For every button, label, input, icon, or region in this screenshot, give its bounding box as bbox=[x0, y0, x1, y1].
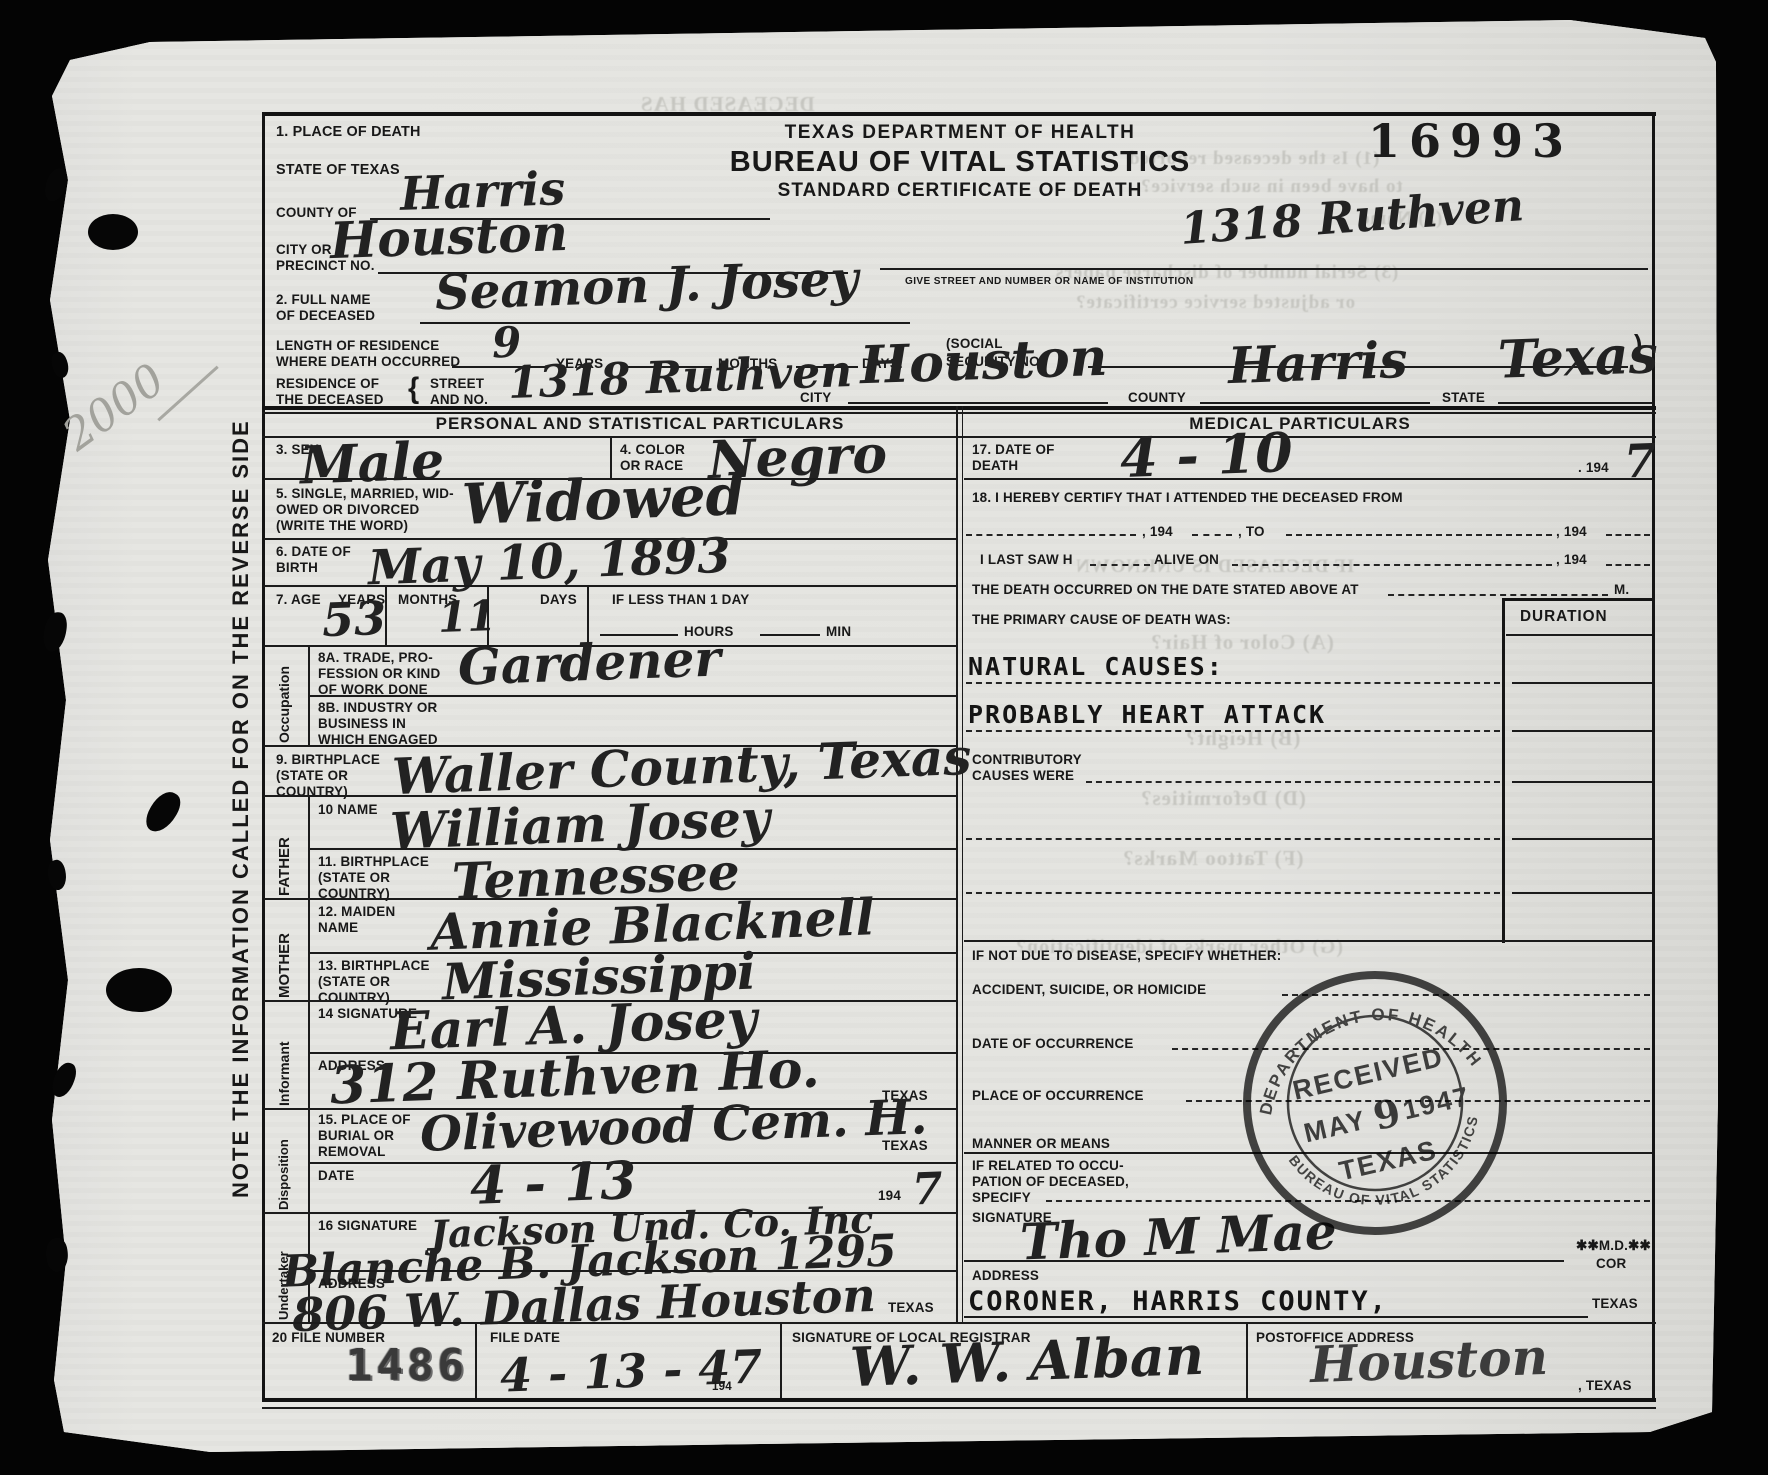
bleedthrough-text: (D) Deformities? bbox=[1140, 786, 1306, 811]
bottom-divider1 bbox=[475, 1322, 477, 1398]
city2-handwriting: Houston bbox=[859, 332, 1108, 393]
bleedthrough-text: (F) Tattoo Marks? bbox=[1122, 846, 1304, 871]
dod-label1: 17. DATE OF bbox=[972, 442, 1055, 458]
birthplace-label2: (STATE OR bbox=[276, 768, 348, 784]
age-label: 7. AGE bbox=[276, 592, 321, 608]
city-or-label: CITY OR bbox=[276, 242, 332, 258]
related-label3: SPECIFY bbox=[972, 1190, 1031, 1206]
cause2-typed: PROBABLY HEART ATTACK bbox=[968, 700, 1326, 729]
full-name-label1: 2. FULL NAME bbox=[276, 292, 371, 308]
informant-strip: Informant bbox=[264, 1000, 310, 1108]
bottom-divider2 bbox=[780, 1322, 782, 1398]
coroner-addr-typed: CORONER, HARRIS COUNTY, bbox=[968, 1286, 1388, 1317]
punch-hole bbox=[106, 968, 172, 1012]
fill-line bbox=[1232, 564, 1552, 566]
stamp-year-text: 1947 bbox=[1400, 1081, 1473, 1126]
form-border-bottom bbox=[262, 1398, 1656, 1402]
county2-line bbox=[1200, 402, 1430, 404]
age-less-label: IF LESS THAN 1 DAY bbox=[612, 592, 749, 608]
maiden-label2: NAME bbox=[318, 920, 358, 936]
city2-label: CITY bbox=[800, 390, 831, 406]
street-line bbox=[880, 268, 1648, 270]
bottom-texas-label: , TEXAS bbox=[1578, 1378, 1632, 1394]
marital-label2: OWED OR DIVORCED bbox=[276, 502, 419, 518]
header-line1: TEXAS DEPARTMENT OF HEALTH bbox=[700, 122, 1220, 143]
race-label1: 4. COLOR bbox=[620, 442, 685, 458]
fill-line bbox=[964, 1316, 1588, 1318]
state-of-texas-label: STATE OF TEXAS bbox=[276, 162, 400, 179]
death-certificate-scan: NOTE THE INFORMATION CALLED FOR ON THE R… bbox=[0, 0, 1768, 1475]
lastsaw-194: , 194 bbox=[1556, 552, 1587, 568]
duration-line bbox=[1512, 730, 1652, 732]
fill-line bbox=[966, 838, 1500, 840]
manner-label: MANNER OR MEANS bbox=[972, 1136, 1110, 1152]
file-date-194: 194 bbox=[712, 1380, 732, 1393]
punch-hole bbox=[88, 214, 138, 250]
father-name-label: 10 NAME bbox=[318, 802, 378, 818]
burial-label2: BURIAL OR bbox=[318, 1128, 394, 1144]
duration-line bbox=[1512, 682, 1652, 684]
fill-line bbox=[1606, 534, 1650, 536]
burial-label1: 15. PLACE OF bbox=[318, 1112, 411, 1128]
column-divider bbox=[956, 406, 958, 1322]
mother-side-label: MOTHER bbox=[276, 900, 293, 998]
bleedthrough-text: or adjusted service certificate? bbox=[1075, 292, 1355, 314]
lastsaw-pre: I LAST SAW H bbox=[980, 552, 1073, 568]
po-address-handwriting: Houston bbox=[1309, 1332, 1548, 1390]
state2-handwriting: Texas bbox=[1497, 329, 1659, 387]
brace: { bbox=[408, 372, 419, 406]
fill-line bbox=[1388, 594, 1608, 596]
fill-line bbox=[1286, 534, 1552, 536]
mother-strip: MOTHER bbox=[264, 898, 310, 1000]
file-date-label: FILE DATE bbox=[490, 1330, 560, 1346]
disposition-strip: Disposition bbox=[264, 1108, 310, 1212]
bottom-divider3 bbox=[1246, 1322, 1248, 1398]
age-years-handwriting: 53 bbox=[321, 595, 387, 643]
ifnot-label: IF NOT DUE TO DISEASE, SPECIFY WHETHER: bbox=[972, 948, 1281, 964]
cause1-typed: NATURAL CAUSES: bbox=[968, 652, 1224, 681]
marital-label3: (WRITE THE WORD) bbox=[276, 518, 408, 534]
header-underline bbox=[262, 436, 1656, 438]
burial-label3: REMOVAL bbox=[318, 1144, 386, 1160]
dateocc-label: DATE OF OCCURRENCE bbox=[972, 1036, 1134, 1052]
dod-label2: DEATH bbox=[972, 458, 1018, 474]
min-line bbox=[760, 634, 820, 636]
related-label2: PATION OF DECEASED, bbox=[972, 1174, 1129, 1190]
reverse-side-note: NOTE THE INFORMATION CALLED FOR ON THE R… bbox=[228, 368, 254, 1198]
certificate-number: 16993 bbox=[1368, 114, 1573, 168]
street-no-label1: STREET bbox=[430, 376, 484, 392]
duration-underline bbox=[1506, 634, 1652, 636]
burial-year-handwriting: 7 bbox=[911, 1167, 943, 1212]
accident-label: ACCIDENT, SUICIDE, OR HOMICIDE bbox=[972, 982, 1206, 998]
column-divider2 bbox=[962, 406, 963, 1322]
dob-label1: 6. DATE OF bbox=[276, 544, 351, 560]
sex-handwriting: Male bbox=[299, 436, 445, 493]
occurred-m: M. bbox=[1614, 582, 1629, 598]
duration-line bbox=[1512, 892, 1652, 894]
occupation-strip: Occupation bbox=[264, 645, 310, 745]
lastsaw-mid: ALIVE ON bbox=[1154, 552, 1219, 568]
dod-handwriting: 4 - 10 bbox=[1119, 425, 1294, 485]
age-min-label: MIN bbox=[826, 624, 851, 640]
informant-side-label: Informant bbox=[276, 1002, 292, 1106]
fill-line bbox=[966, 534, 1136, 536]
industry-label2: BUSINESS IN bbox=[318, 716, 406, 732]
fill-line bbox=[1192, 534, 1232, 536]
certify-to: , TO bbox=[1238, 524, 1265, 540]
burial-date-label: DATE bbox=[318, 1168, 354, 1184]
bottom-row-top-line bbox=[262, 1322, 1656, 1324]
county2-handwriting: Harris bbox=[1227, 335, 1408, 391]
fill-line bbox=[1090, 564, 1150, 566]
father-bp-label1: 11. BIRTHPLACE bbox=[318, 854, 429, 870]
industry-label1: 8B. INDUSTRY OR bbox=[318, 700, 437, 716]
trade-label2: FESSION OR KIND bbox=[318, 666, 440, 682]
fill-line bbox=[966, 892, 1500, 894]
marital-handwriting: Widowed bbox=[461, 467, 745, 533]
contributory-label2: CAUSES WERE bbox=[972, 768, 1074, 784]
residence-length-label1: LENGTH OF RESIDENCE bbox=[276, 338, 439, 354]
header-line2: BUREAU OF VITAL STATISTICS bbox=[660, 146, 1260, 178]
certify-line: 18. I HEREBY CERTIFY THAT I ATTENDED THE… bbox=[972, 490, 1403, 506]
section-line bbox=[964, 940, 1652, 942]
duration-label: DURATION bbox=[1520, 608, 1608, 626]
maiden-label1: 12. MAIDEN bbox=[318, 904, 395, 920]
file-number-stamped: 1486 bbox=[346, 1340, 468, 1391]
trade-handwriting: Gardener bbox=[457, 633, 721, 692]
coroner-texas-label: TEXAS bbox=[1592, 1296, 1638, 1312]
header-line3: STANDARD CERTIFICATE OF DEATH bbox=[700, 180, 1220, 201]
occupation-side-label: Occupation bbox=[276, 647, 292, 743]
row-line bbox=[264, 585, 956, 587]
city2-line bbox=[848, 402, 1108, 404]
fill-line bbox=[1086, 781, 1500, 783]
father-side-label: FATHER bbox=[276, 797, 293, 896]
dob-label2: BIRTH bbox=[276, 560, 318, 576]
primary-cause-label: THE PRIMARY CAUSE OF DEATH WAS: bbox=[972, 612, 1231, 628]
certify-194b: , 194 bbox=[1556, 524, 1587, 540]
cor-designation: COR bbox=[1596, 1256, 1626, 1272]
city-handwriting: Houston bbox=[329, 208, 568, 266]
signature-line bbox=[964, 1260, 1564, 1262]
full-name-label2: OF DECEASED bbox=[276, 308, 375, 324]
mother-bp-label1: 13. BIRTHPLACE bbox=[318, 958, 430, 974]
undertaker-texas-label: TEXAS bbox=[888, 1300, 934, 1316]
age-days-label: DAYS bbox=[540, 592, 577, 608]
fill-line bbox=[1606, 564, 1650, 566]
burial-194-label: 194 bbox=[878, 1188, 901, 1204]
stamp-may-text: MAY bbox=[1301, 1105, 1370, 1149]
marital-label1: 5. SINGLE, MARRIED, WID- bbox=[276, 486, 454, 502]
dod-194-label: . 194 bbox=[1578, 460, 1609, 476]
burial-texas-label: TEXAS bbox=[882, 1138, 928, 1154]
full-name-handwriting: Seamon J. Josey bbox=[434, 255, 859, 318]
md-designation: ✱✱M.D.✱✱ bbox=[1576, 1238, 1651, 1254]
county2-label: COUNTY bbox=[1128, 390, 1186, 406]
undertaker-sig-label: 16 SIGNATURE bbox=[318, 1218, 417, 1234]
residence-length-label2: WHERE DEATH OCCURRED bbox=[276, 354, 460, 370]
residence2-label1: RESIDENCE OF bbox=[276, 376, 379, 392]
contributory-label1: CONTRIBUTORY bbox=[972, 752, 1082, 768]
street-caption: GIVE STREET AND NUMBER OR NAME OF INSTIT… bbox=[905, 276, 1194, 288]
trade-label1: 8A. TRADE, PRO- bbox=[318, 650, 433, 666]
dob-handwriting: May 10, 1893 bbox=[367, 532, 731, 593]
form-border-bottom2 bbox=[262, 1407, 1656, 1409]
state2-label: STATE bbox=[1442, 390, 1485, 406]
state2-line bbox=[1498, 402, 1652, 404]
section-separator bbox=[262, 406, 1656, 410]
burial-date-handwriting: 4 - 13 bbox=[469, 1155, 637, 1213]
registrar-signature: W. W. Alban bbox=[849, 1328, 1205, 1394]
fill-line bbox=[966, 730, 1500, 732]
related-label1: IF RELATED TO OCCU- bbox=[972, 1158, 1124, 1174]
father-strip: FATHER bbox=[264, 795, 310, 898]
fill-line bbox=[966, 682, 1500, 684]
duration-line bbox=[1512, 838, 1652, 840]
age-divider1 bbox=[385, 585, 387, 645]
row-line bbox=[308, 695, 956, 697]
duration-line bbox=[1512, 781, 1652, 783]
certify-194a: , 194 bbox=[1142, 524, 1173, 540]
disposition-side-label: Disposition bbox=[276, 1110, 291, 1210]
birthplace-label1: 9. BIRTHPLACE bbox=[276, 752, 380, 768]
father-bp-label2: (STATE OR bbox=[318, 870, 390, 886]
row-line bbox=[964, 478, 1652, 480]
place-of-death-label: 1. PLACE OF DEATH bbox=[276, 124, 421, 141]
coroner-addr-label: ADDRESS bbox=[972, 1268, 1039, 1284]
placeocc-label: PLACE OF OCCURRENCE bbox=[972, 1088, 1144, 1104]
mother-bp-label3: COUNTRY) bbox=[318, 990, 390, 1006]
occurred-line: THE DEATH OCCURRED ON THE DATE STATED AB… bbox=[972, 582, 1359, 598]
mother-bp-label2: (STATE OR bbox=[318, 974, 390, 990]
